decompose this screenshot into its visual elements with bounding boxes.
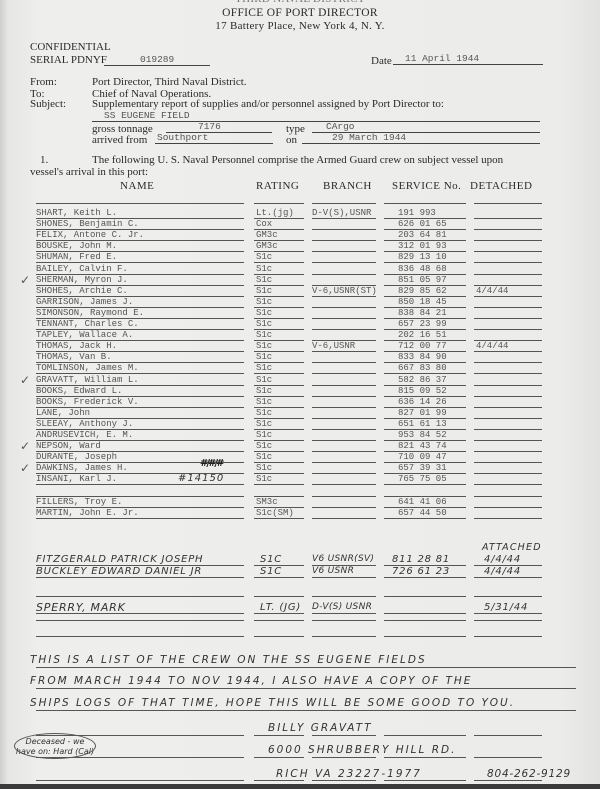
attached-label: ATTACHED: [482, 542, 542, 553]
rule-line: [384, 203, 466, 204]
rule-line: [384, 596, 466, 597]
cell-rating: S1c: [256, 297, 272, 307]
header-branch: BRANCH: [323, 180, 372, 192]
cell-name: SHONES, Benjamin C.: [36, 219, 139, 229]
on-label: on: [286, 134, 297, 146]
subject-text: Supplementary report of supplies and/or …: [92, 98, 444, 110]
rule-line: [312, 620, 376, 621]
cell-name: BOUSKE, John M.: [36, 241, 117, 251]
cell-service-no: 641 41 06: [398, 497, 447, 507]
cell-rating: S1C: [260, 554, 282, 565]
cell-branch: V6 USNR: [312, 566, 354, 577]
table-row: [0, 486, 600, 497]
cell-name: BOOKS, Edward L.: [36, 386, 122, 396]
cell-name: TAPLEY, Wallace A.: [36, 330, 133, 340]
handwritten-table-row: [0, 585, 600, 596]
rule-line: [36, 596, 244, 597]
cell-service-no: 657 44 50: [398, 508, 447, 518]
subject-label: Subject:: [30, 98, 66, 110]
rule-line: [384, 577, 466, 578]
table-row: SHONES, Benjamin C.Cox626 01 65: [0, 219, 600, 230]
cell-name: SPERRY, MARK: [36, 602, 126, 613]
cell-branch: V-6,USNR: [312, 341, 355, 351]
cell-name: GARRISON, James J.: [36, 297, 133, 307]
letterhead-district: THIRD NAVAL DISTRICT: [0, 0, 600, 5]
cell-name: SLEEAY, Anthony J.: [36, 419, 133, 429]
cell-name: LANE, John: [36, 408, 90, 418]
cell-rating: SM3c: [256, 497, 278, 507]
rule-line: [254, 757, 304, 758]
cell-name: MARTIN, John E. Jr.: [36, 508, 139, 518]
rule-line: [312, 577, 376, 578]
cell-name: DAWKINS, James H.: [36, 463, 128, 473]
cell-name: FELIX, Antone C. Jr.: [36, 230, 144, 240]
rule-line: [474, 735, 542, 736]
table-row: INSANI, Karl J.S1c765 75 05: [0, 474, 600, 485]
table-row: THOMAS, Van B.S1c833 84 90: [0, 352, 600, 363]
cell-rating: S1c: [256, 308, 272, 318]
cell-service-no: 657 23 99: [398, 319, 447, 329]
cell-name: NEPSON, Ward: [36, 441, 101, 451]
cell-rating: S1c: [256, 463, 272, 473]
cell-rating: S1c(SM): [256, 508, 294, 518]
table-row: SIMONSON, Raymond E.S1c838 84 21: [0, 308, 600, 319]
serial-value: 019289: [104, 54, 210, 66]
checkmark-icon: ✓: [20, 373, 30, 387]
cell-name: FILLERS, Troy E.: [36, 497, 122, 507]
cell-name: DURANTE, Joseph: [36, 452, 117, 462]
cell-service-no: 811 28 81: [392, 554, 450, 565]
table-row: BAILEY, Calvin F.S1c836 48 68: [0, 264, 600, 275]
cell-service-no: 836 48 68: [398, 264, 447, 274]
cell-rating: S1c: [256, 319, 272, 329]
table-row: SHERMAN, Myron J.S1c851 05 97✓: [0, 275, 600, 286]
table-row: GRAVATT, William L.S1c582 86 37✓: [0, 375, 600, 386]
table-row: SLEEAY, Anthony J.S1c651 61 13: [0, 419, 600, 430]
cell-name: BOOKS, Frederick V.: [36, 397, 139, 407]
rule-line: [384, 636, 466, 637]
cell-rating: S1c: [256, 341, 272, 351]
rule-line: [474, 620, 542, 621]
rule-line: [474, 757, 542, 758]
cell-rating: S1c: [256, 386, 272, 396]
arrived-from-label: arrived from: [92, 134, 147, 146]
cell-service-no: 667 83 80: [398, 363, 447, 373]
rule-line: [36, 688, 576, 689]
cell-name: TOMLINSON, James M.: [36, 363, 139, 373]
rule-line: [312, 596, 376, 597]
paragraph-line2: vessel's arrival in this port:: [30, 166, 148, 178]
rule-line: [312, 203, 376, 204]
cell-name: ANDRUSEVICH, E. M.: [36, 430, 133, 440]
rule-line: [254, 780, 304, 781]
cell-rating: S1c: [256, 375, 272, 385]
table-row: THOMAS, Jack H.S1cV-6,USNR712 00 774/4/4…: [0, 341, 600, 352]
cell-name: BAILEY, Calvin F.: [36, 264, 128, 274]
document-page: THIRD NAVAL DISTRICT OFFICE OF PORT DIRE…: [0, 0, 600, 789]
checkmark-icon: ✓: [20, 273, 30, 287]
cell-name: INSANI, Karl J.: [36, 474, 117, 484]
rule-line: [36, 780, 244, 781]
rule-line: [474, 596, 542, 597]
rule-line: [36, 636, 244, 637]
table-row: LANE, JohnS1c827 01 99: [0, 408, 600, 419]
cell-service-no: 829 13 10: [398, 252, 447, 262]
note-line: THIS IS A LIST OF THE CREW ON THE SS EUG…: [30, 654, 427, 666]
rule-line: [384, 613, 466, 614]
scribble-mark: #/#/#: [200, 458, 226, 468]
rule-line: [312, 636, 376, 637]
letterhead-office: OFFICE OF PORT DIRECTOR: [0, 7, 600, 19]
cell-service-no: 191 993: [398, 208, 436, 218]
cell-rating: S1C: [260, 566, 282, 577]
cell-rating: S1c: [256, 441, 272, 451]
rule-line: [254, 613, 304, 614]
table-row: DAWKINS, James H.S1c657 39 31✓: [0, 463, 600, 474]
arrived-from-value: Southport: [155, 132, 273, 144]
handwritten-table-row: BUCKLEY EDWARD DANIEL JRS1CV6 USNR726 61…: [0, 566, 600, 577]
note-line: FROM MARCH 1944 TO NOV 1944, I ALSO HAVE…: [30, 675, 472, 687]
rule-line: [384, 620, 466, 621]
table-row: SHART, Keith L.Lt.(jg)D-V(S),USNR191 993: [0, 208, 600, 219]
cell-service-no: 765 75 05: [398, 474, 447, 484]
scan-edge: [0, 784, 600, 789]
cell-service-no: 821 43 74: [398, 441, 447, 451]
cell-rating: Lt.(jg): [256, 208, 294, 218]
table-row: GARRISON, James J.S1c850 18 45: [0, 297, 600, 308]
circled-margin-note: Deceased - we have on: Hard (Cal): [14, 733, 96, 759]
table-row: BOOKS, Frederick V.S1c636 14 26: [0, 397, 600, 408]
cell-name: SHART, Keith L.: [36, 208, 117, 218]
rule-line: [254, 203, 304, 204]
header-detached: DETACHED: [470, 180, 532, 192]
table-row: FELIX, Antone C. Jr.GM3c203 64 81: [0, 230, 600, 241]
letterhead-address: 17 Battery Place, New York 4, N. Y.: [0, 20, 600, 32]
cell-service-no: 651 61 13: [398, 419, 447, 429]
cell-name: SIMONSON, Raymond E.: [36, 308, 144, 318]
cell-rating: S1c: [256, 363, 272, 373]
cell-service-no: 850 18 45: [398, 297, 447, 307]
table-row: TAPLEY, Wallace A.S1c202 16 51: [0, 330, 600, 341]
table-row: DURANTE, JosephS1c710 09 47: [0, 452, 600, 463]
cell-rating: S1c: [256, 275, 272, 285]
cell-branch: V-6,USNR(ST): [312, 286, 377, 296]
cell-service-no: 827 01 99: [398, 408, 447, 418]
rule-line: [474, 577, 542, 578]
rule-line: [254, 518, 304, 519]
cell-rating: LT. (JG): [260, 602, 301, 613]
cell-name: THOMAS, Van B.: [36, 352, 112, 362]
rule-line: [312, 518, 376, 519]
handwritten-table-row: FITZGERALD PATRICK JOSEPHS1CV6 USNR(SV)8…: [0, 554, 600, 565]
rule-line: [312, 757, 376, 758]
table-row: SHOHES, Archie C.S1cV-6,USNR(ST)829 85 6…: [0, 286, 600, 297]
rule-line: [36, 577, 244, 578]
paragraph-line1: The following U. S. Naval Personnel comp…: [92, 154, 503, 166]
cell-service-no: 833 84 90: [398, 352, 447, 362]
cell-rating: S1c: [256, 430, 272, 440]
cell-rating: S1c: [256, 474, 272, 484]
cell-rating: S1c: [256, 419, 272, 429]
cell-service-no: 815 09 52: [398, 386, 447, 396]
cell-service-no: 710 09 47: [398, 452, 447, 462]
signature-city: RICH VA 23227-1977: [276, 768, 422, 780]
cell-service-no: 851 05 97: [398, 275, 447, 285]
rule-line: [36, 667, 576, 668]
rule-line: [312, 735, 376, 736]
cell-rating: S1c: [256, 330, 272, 340]
classification: CONFIDENTIAL: [30, 41, 111, 53]
cell-detached: 4/4/44: [476, 341, 508, 351]
cell-service-no: 712 00 77: [398, 341, 447, 351]
rule-line: [254, 636, 304, 637]
rule-line: [254, 620, 304, 621]
rule-line: [36, 620, 244, 621]
handwritten-number-note: #14150: [178, 473, 224, 484]
cell-rating: GM3c: [256, 241, 278, 251]
cell-name: THOMAS, Jack H.: [36, 341, 117, 351]
cell-name: SHOHES, Archie C.: [36, 286, 128, 296]
rule-line: [474, 636, 542, 637]
from-label: From:: [30, 76, 57, 88]
cell-service-no: 953 84 52: [398, 430, 447, 440]
handwritten-table-row: SPERRY, MARKLT. (JG)D-V(S) USNR5/31/44: [0, 602, 600, 613]
cell-rating: S1c: [256, 252, 272, 262]
cell-service-no: 626 01 65: [398, 219, 447, 229]
signature-address: 6000 SHRUBBERY HILL RD.: [268, 744, 456, 756]
cell-branch: D-V(S) USNR: [312, 602, 372, 613]
cell-rating: S1c: [256, 286, 272, 296]
rule-line: [474, 613, 542, 614]
cell-attached: 4/4/44: [484, 566, 521, 577]
cell-rating: S1c: [256, 264, 272, 274]
cell-service-no: 636 14 26: [398, 397, 447, 407]
checkmark-icon: ✓: [20, 439, 30, 453]
note-line: SHIPS LOGS OF THAT TIME, HOPE THIS WILL …: [30, 697, 515, 709]
table-row: TENNANT, Charles C.S1c657 23 99: [0, 319, 600, 330]
cell-rating: S1c: [256, 352, 272, 362]
rule-line: [384, 780, 466, 781]
cell-rating: S1c: [256, 452, 272, 462]
rule-line: [254, 577, 304, 578]
cell-service-no: 829 85 62: [398, 286, 447, 296]
cell-branch: V6 USNR(SV): [312, 554, 374, 565]
checkmark-icon: ✓: [20, 461, 30, 475]
rule-line: [474, 203, 542, 204]
cell-service-no: 657 39 31: [398, 463, 447, 473]
cell-rating: S1c: [256, 408, 272, 418]
cell-name: GRAVATT, William L.: [36, 375, 139, 385]
cell-name: TENNANT, Charles C.: [36, 319, 139, 329]
table-row: FILLERS, Troy E.SM3c641 41 06: [0, 497, 600, 508]
table-row: MARTIN, John E. Jr.S1c(SM)657 44 50: [0, 508, 600, 519]
signature-name: BILLY GRAVATT: [268, 722, 373, 734]
rule-line: [384, 518, 466, 519]
rule-line: [312, 613, 376, 614]
rule-line: [254, 735, 304, 736]
table-row: BOOKS, Edward L.S1c815 09 52: [0, 386, 600, 397]
rule-line: [36, 710, 576, 711]
rule-line: [36, 203, 244, 204]
rule-line: [36, 518, 244, 519]
rule-line: [384, 757, 466, 758]
signature-phone: 804-262-9129: [487, 768, 571, 780]
cell-service-no: 838 84 21: [398, 308, 447, 318]
cell-service-no: 312 01 93: [398, 241, 447, 251]
date-value: 11 April 1944: [393, 53, 543, 65]
cell-service-no: 202 16 51: [398, 330, 447, 340]
rule-line: [312, 780, 376, 781]
rule-line: [384, 735, 466, 736]
paragraph-number: 1.: [40, 154, 48, 166]
rule-line: [254, 596, 304, 597]
table-row: NEPSON, WardS1c821 43 74✓: [0, 441, 600, 452]
date-label: Date: [371, 55, 392, 67]
cell-service-no: 726 61 23: [392, 566, 450, 577]
header-rating: RATING: [256, 180, 299, 192]
cell-attached: 4/4/44: [484, 554, 521, 565]
from-value: Port Director, Third Naval District.: [92, 76, 247, 88]
cell-attached: 5/31/44: [484, 602, 528, 613]
table-row: SHUMAN, Fred E.S1c829 13 10: [0, 252, 600, 263]
cell-service-no: 203 64 81: [398, 230, 447, 240]
on-value: 29 March 1944: [302, 132, 540, 144]
cell-name: FITZGERALD PATRICK JOSEPH: [36, 554, 203, 565]
table-row: ANDRUSEVICH, E. M.S1c953 84 52: [0, 430, 600, 441]
cell-name: BUCKLEY EDWARD DANIEL JR: [36, 566, 202, 577]
header-name: NAME: [120, 180, 154, 192]
cell-branch: D-V(S),USNR: [312, 208, 371, 218]
cell-rating: GM3c: [256, 230, 278, 240]
rule-line: [474, 780, 542, 781]
cell-rating: S1c: [256, 397, 272, 407]
rule-line: [474, 518, 542, 519]
cell-name: SHUMAN, Fred E.: [36, 252, 117, 262]
serial-label: SERIAL PDNYF: [30, 54, 107, 66]
table-row: TOMLINSON, James M.S1c667 83 80: [0, 363, 600, 374]
header-service-no: SERVICE No.: [392, 180, 461, 192]
cell-name: SHERMAN, Myron J.: [36, 275, 128, 285]
cell-detached: 4/4/44: [476, 286, 508, 296]
cell-rating: Cox: [256, 219, 272, 229]
cell-service-no: 582 86 37: [398, 375, 447, 385]
table-row: BOUSKE, John M.GM3c312 01 93: [0, 241, 600, 252]
